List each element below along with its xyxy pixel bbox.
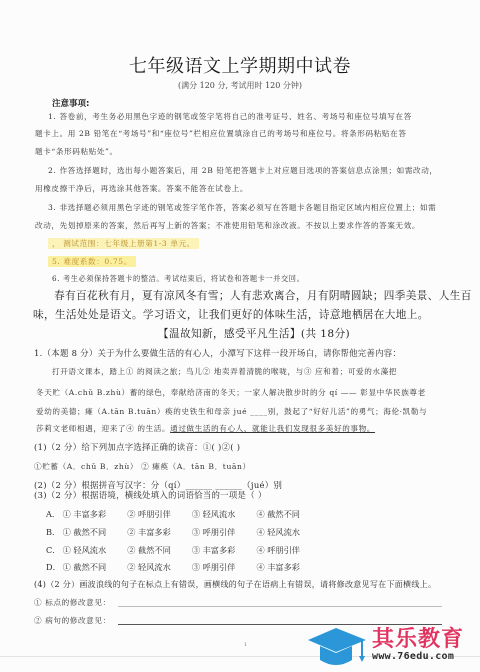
choice-item: ④ 截然不同	[256, 509, 318, 520]
passage-line-4-start: 莎莉文老师相遇，迎来了④ 的生活。	[36, 424, 170, 433]
exam-page: 七年级语文上学期期中试卷 (满分 120 分, 考试用时 120 分钟) 注意事…	[0, 0, 480, 672]
passage-line-4: 莎莉文老师相遇，迎来了④ 的生活。通过做生活的有心人，就能让我们发现很多美好的事…	[36, 423, 375, 434]
choice-item: ① 轻风流水	[63, 545, 125, 556]
punctuation-fix-answer-line[interactable]	[118, 606, 442, 607]
choice-item: ④ 呼朋引伴	[256, 545, 318, 556]
notice-4-test-scope: ， 测试范围：七年级上册第1-3 单元。	[48, 238, 199, 249]
notice-5-difficulty: 5. 难度系数：0.75。	[48, 256, 136, 267]
choice-label: B．	[46, 527, 60, 538]
choice-row-a[interactable]: A． ① 丰富多彩 ② 呼朋引伴 ③ 轻风流水 ④ 截然不同	[46, 509, 318, 520]
underlined-sentence: 通过做生活的有心人，就能让我们发现很多美好的事物。	[170, 424, 375, 433]
passage-line-1: 打开语文课本，踏上① 的阅读之旅；鸟儿② 地卖弄着清脆的喉咙，与③ 应和着；可爱…	[52, 366, 397, 377]
question-1-stem: 1.（本题 8 分）关于为什么要做生活的有心人，小潭写下这样一段开场白，请你帮他…	[34, 347, 401, 359]
highlighted-text: 5. 难度系数：0.75。	[48, 256, 136, 267]
notice-3-line-1: 3. 非选择题必须用黑色字迹的钢笔或签字笔作答，答案必须写在答题卡各题目指定区域…	[48, 202, 436, 213]
choice-item: ③ 轻风流水	[192, 509, 254, 520]
choice-row-d[interactable]: D． ① 截然不同 ② 轻风流水 ③ 呼朋引伴 ④ 丰富多彩	[46, 562, 318, 573]
choice-item: ② 截然不同	[127, 545, 189, 556]
sub-question-4-stem: (4)（2 分）画波浪线的句子在标点上有错误，画横线的句子在语病上有错误，请将修…	[34, 579, 436, 590]
notice-6-line-1: 6. 考生必须保持答题卡的整洁。考试结束后，将试卷和答题卡一并交回。	[52, 274, 304, 284]
punctuation-fix-label: ① 标点的修改意见：	[34, 597, 111, 608]
page-number: 1	[244, 642, 247, 648]
sub-question-1-stem: (1)（2 分）给下列加点字选择正确的读音：①( )②( )	[34, 441, 240, 453]
passage-line-2: 冬天贮（A.chǔ B.zhù）蓄的绿色，奉献给济南的冬天；一家人解决散步时的分…	[36, 387, 426, 398]
section-header: 【温故知新，感受平凡生活】(共 18分)	[158, 326, 350, 341]
highlighted-text: ， 测试范围：七年级上册第1-3 单元。	[48, 238, 199, 249]
choice-item: ② 呼朋引伴	[127, 509, 189, 520]
choice-item: ① 截然不同	[63, 527, 125, 538]
choice-item: ① 丰富多彩	[63, 509, 125, 520]
watermark-url: www.76edu.com	[372, 651, 454, 662]
notice-1-line-1: 1. 答卷前，考生务必用黑色字迹的钢笔或签字笔将自己的准考证号、姓名、考场号和座…	[48, 111, 412, 122]
choice-label: A．	[46, 509, 60, 520]
notice-2-line-2: 用橡皮擦干净后，再选涂其他答案。答案不能答在试卷上。	[35, 183, 248, 194]
notice-heading: 注意事项:	[52, 97, 89, 109]
sub-question-3-stem: (3)（2 分）根据语境，横线处填入的词语恰当的一项是（ ）	[34, 489, 267, 501]
choice-item: ③ 呼朋引伴	[192, 562, 254, 573]
sub-question-1-options: ①贮蓄（A．chǔ B．zhù） ② 瘫痪（A．tān B．tuān）	[34, 461, 251, 472]
choice-item: ④ 轻风流水	[256, 527, 318, 538]
watermark-brand: 其乐教育	[372, 622, 464, 653]
choice-label: D．	[46, 562, 60, 573]
choice-row-c[interactable]: C． ① 轻风流水 ② 截然不同 ③ 丰富多彩 ④ 呼朋引伴	[46, 545, 318, 556]
choice-item: ③ 丰富多彩	[192, 545, 254, 556]
choice-label: C．	[46, 545, 60, 556]
passage-line-3: 爱幼的美德；瘫（A.tān B.tuān）痪的史铁生和母亲 jué ____别，…	[36, 406, 427, 417]
choice-item: ② 丰富多彩	[127, 527, 189, 538]
intro-line-2: 味，生活处处是语文。学习语文，让我们更好的体味生活，诗意地栖居在大地上。	[33, 307, 429, 322]
choice-item: ④ 丰富多彩	[256, 562, 318, 573]
notice-1-line-2: 题卡上。用 2B 铅笔在“考场号”和“座位号”栏相应位置填涂自己的考场号和座位号…	[35, 128, 407, 139]
choice-item: ② 轻风流水	[127, 562, 189, 573]
notice-2-line-1: 2. 作答选择题时，选出每小题答案后，用 2B 铅笔把答题卡上对应题目选项的答案…	[48, 165, 438, 176]
choice-item: ① 截然不同	[63, 562, 125, 573]
choice-item: ③ 呼朋引伴	[192, 527, 254, 538]
notice-3-line-2: 改动，先划掉原来的答案，然后再写上新的答案；不准使用铅笔和涂改液。不按以上要求作…	[35, 220, 420, 231]
intro-line-1: 春有百花秋有月，夏有凉风冬有雪；人有悲欢离合，月有阴晴圆缺；四季美景、人生百	[54, 288, 472, 303]
exam-subtitle: (满分 120 分, 考试用时 120 分钟)	[0, 80, 480, 91]
choice-row-b[interactable]: B． ① 截然不同 ② 丰富多彩 ③ 呼朋引伴 ④ 轻风流水	[46, 527, 318, 538]
notice-1-line-3: 题卡“条形码粘贴处”。	[35, 146, 118, 157]
sentence-fix-label: ② 病句的修改意见：	[34, 615, 111, 626]
page-title: 七年级语文上学期期中试卷	[0, 52, 480, 78]
